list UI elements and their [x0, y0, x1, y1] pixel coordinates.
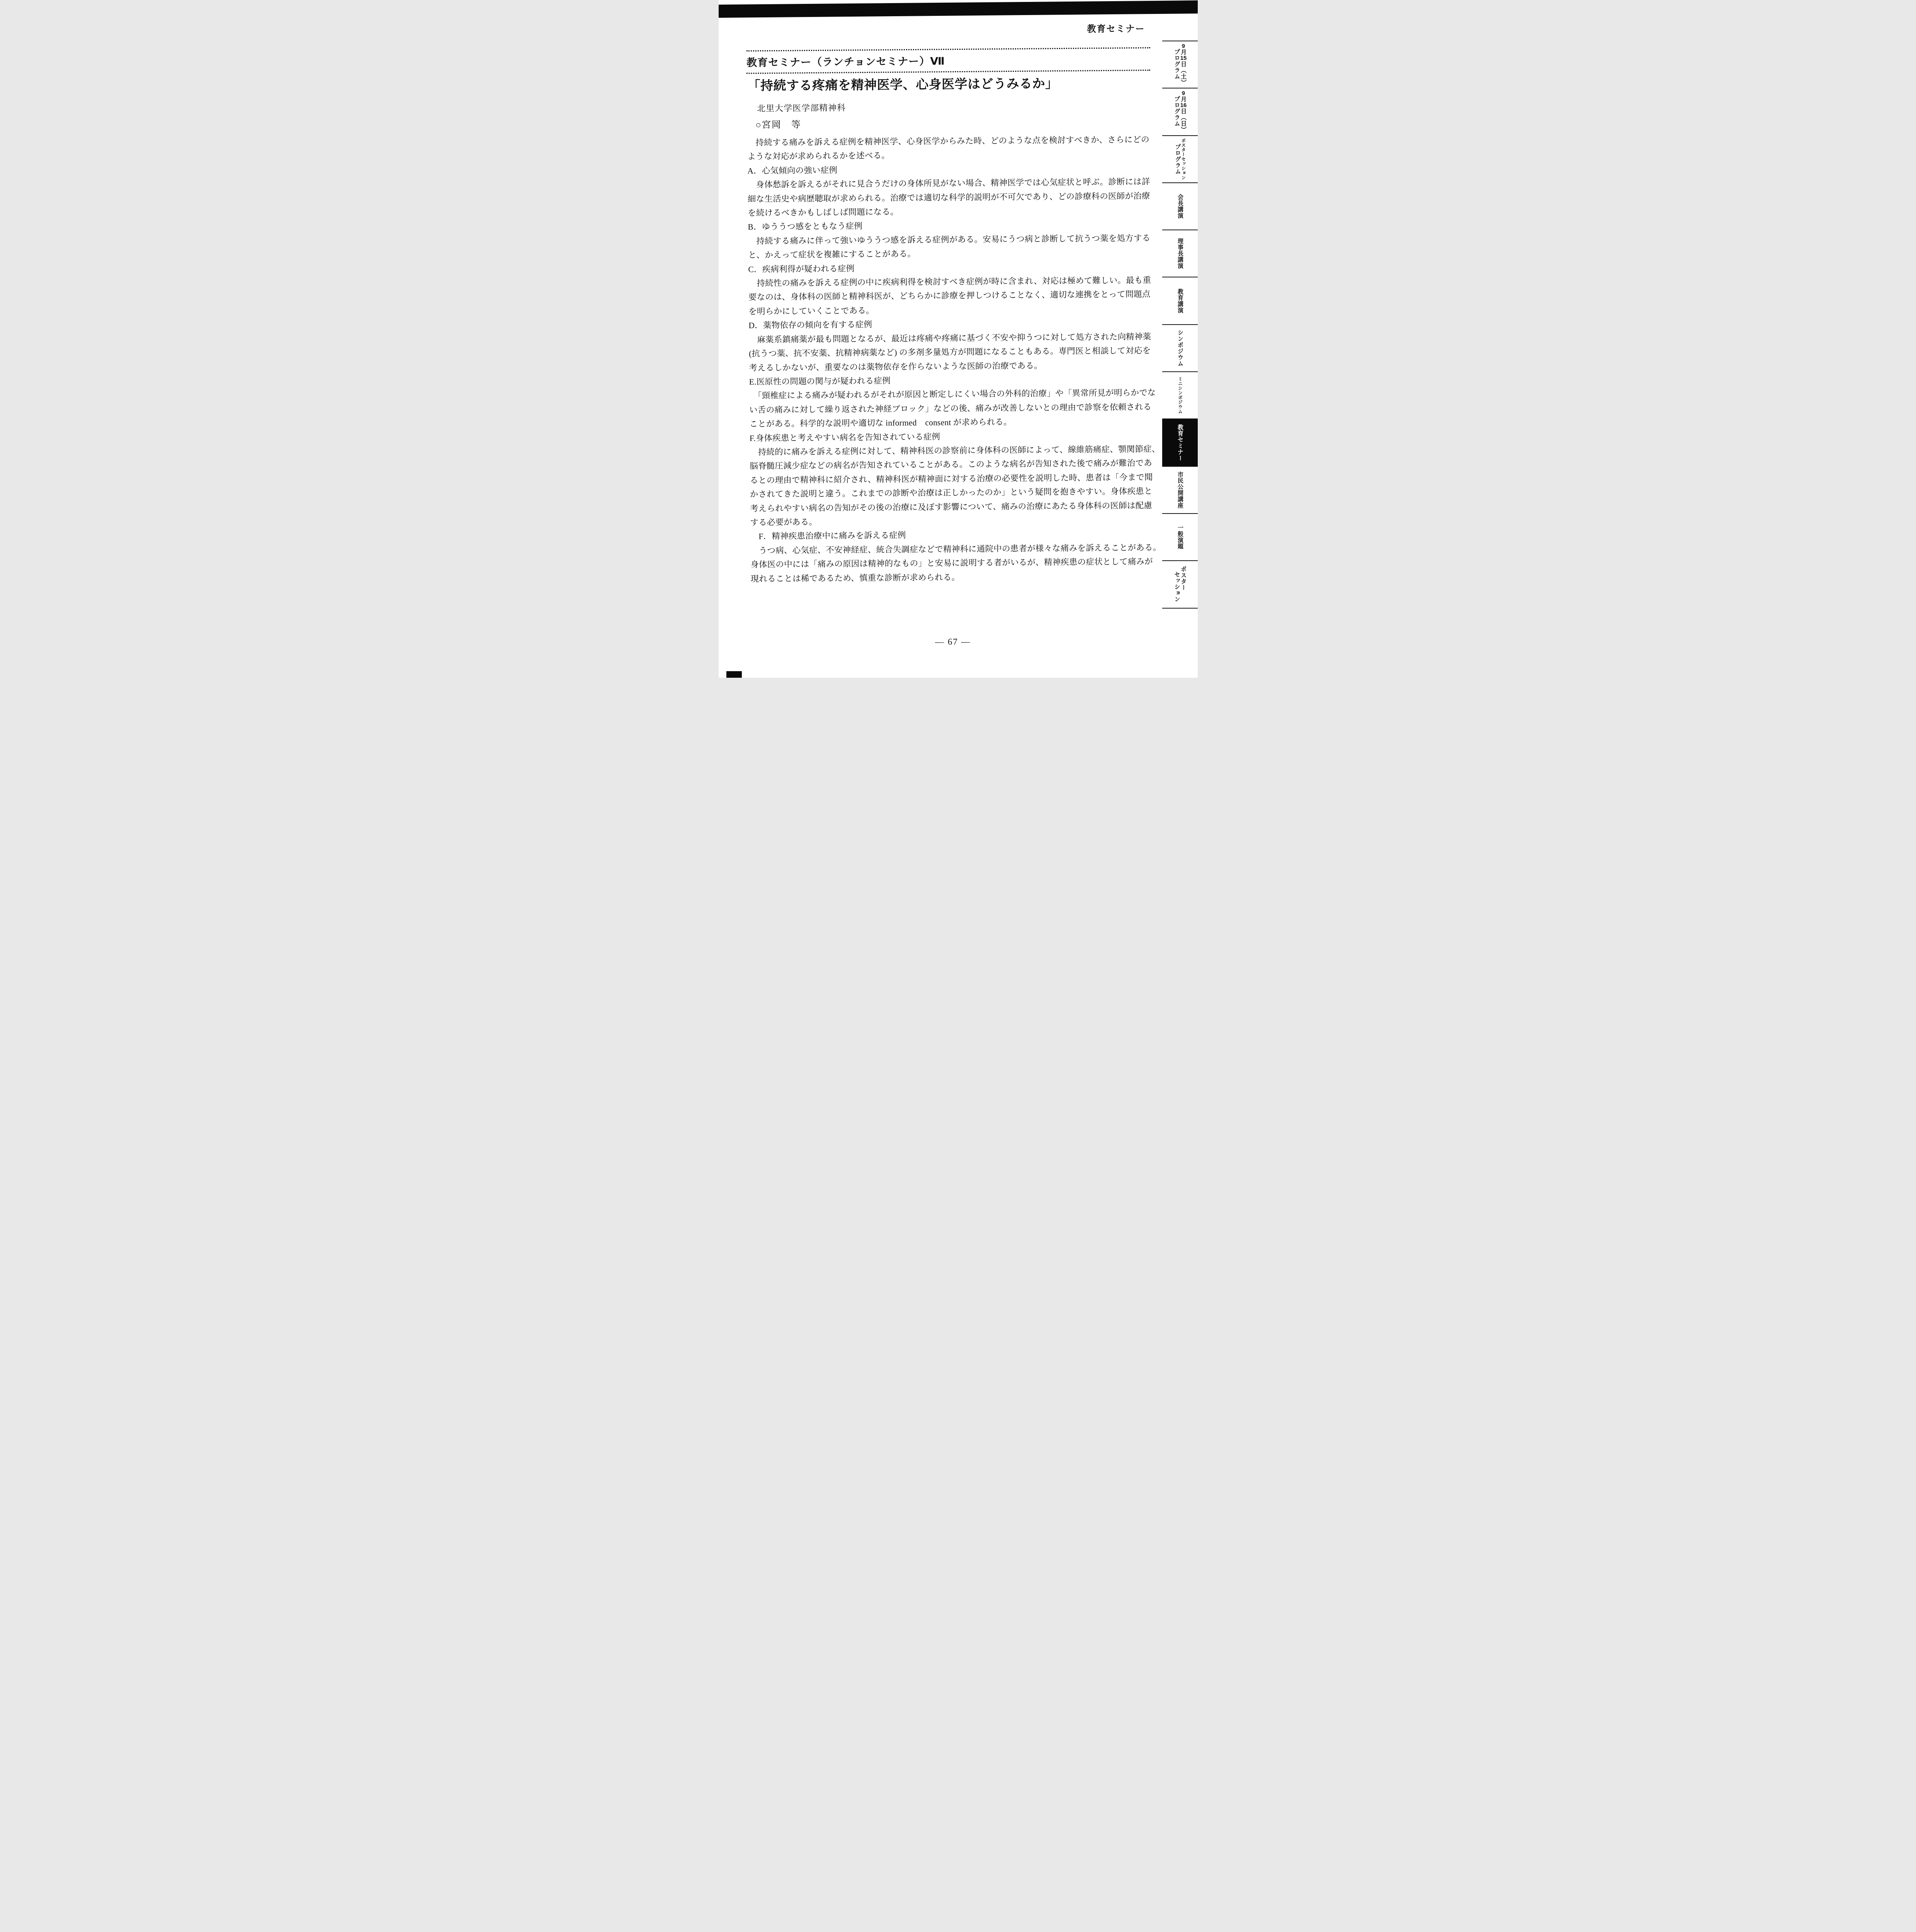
sidebar-tab-label-column: ポスター [1180, 566, 1187, 602]
sidebar-thumb-index: 9月15日（土）プログラム9月16日（日）プログラムポスターセッションプログラム… [1162, 41, 1198, 609]
abstract-content: 教育セミナー（ランチョンセミナー）Ⅶ 「持続する疼痛を精神医学、心身医学はどうみ… [746, 0, 1155, 678]
sidebar-tab-10: 市民公開講座 [1162, 467, 1198, 514]
sidebar-tab-label: 会長講演 [1176, 194, 1183, 219]
scanned-abstract-page: 教育セミナー 教育セミナー（ランチョンセミナー）Ⅶ 「持続する疼痛を精神医学、心… [719, 0, 1198, 678]
sidebar-tab-label-column: 市民公開講座 [1176, 471, 1183, 509]
presenter-affiliation: 北里大学医学部精神科 [757, 101, 846, 114]
abstract-line-32: 現れることは稀であるため、慎重な診断が求められる。 [750, 569, 1154, 586]
sidebar-tab-label-column: 9月15日（土） [1180, 43, 1187, 86]
sidebar-tab-label-column: セッション [1173, 571, 1180, 602]
abstract-body: 持続する痛みを訴える症例を精神医学、心身医学からみた時、どのような点を検討すべき… [747, 133, 1154, 586]
presenter-name: ○宮岡 等 [755, 117, 801, 131]
session-category-heading: 教育セミナー（ランチョンセミナー）Ⅶ [746, 47, 1150, 74]
sidebar-tab-label: 9月16日（日）プログラム [1173, 90, 1187, 133]
sidebar-tab-11: 一般演題 [1162, 514, 1198, 561]
sidebar-tab-6: 教育講演 [1162, 277, 1198, 325]
sidebar-tab-label-column: ミニシンポジウム [1177, 377, 1182, 414]
sidebar-tab-3: ポスターセッションプログラム [1162, 136, 1198, 183]
sidebar-tab-7: シンポジウム [1162, 325, 1198, 372]
sidebar-tab-label: ポスターセッションプログラム [1174, 138, 1186, 180]
sidebar-tab-label-column: プログラム [1174, 144, 1181, 180]
sidebar-tab-1: 9月15日（土）プログラム [1162, 41, 1198, 88]
session-title: 「持続する疼痛を精神医学、心身医学はどうみるか」 [747, 73, 1151, 94]
sidebar-tab-label: 市民公開講座 [1176, 471, 1183, 509]
sidebar-tab-label-column: 一般演題 [1176, 525, 1183, 549]
page-number: ― 67 ― [751, 635, 1154, 648]
tate-chu-yoko-number: 9 [1180, 90, 1187, 96]
sidebar-tab-label-column: 教育セミナー [1176, 424, 1183, 461]
sidebar-tab-label-column: シンポジウム [1176, 330, 1183, 367]
sidebar-tab-label: 教育講演 [1176, 289, 1183, 313]
sidebar-tab-12: ポスターセッション [1162, 561, 1198, 608]
tate-chu-yoko-number: 9 [1180, 43, 1187, 49]
sidebar-tab-2: 9月16日（日）プログラム [1162, 88, 1198, 136]
sidebar-tab-label-column: プログラム [1173, 96, 1180, 133]
sidebar-tab-8: ミニシンポジウム [1162, 372, 1198, 419]
sidebar-tab-5: 理事長講演 [1162, 230, 1198, 277]
sidebar-tab-label: 一般演題 [1176, 525, 1183, 549]
sidebar-tab-label-column: 教育講演 [1176, 289, 1183, 313]
sidebar-tab-label: 9月15日（土）プログラム [1173, 43, 1187, 86]
sidebar-tab-label-column: 理事長講演 [1176, 238, 1183, 269]
sidebar-tab-label: 教育セミナー [1176, 424, 1183, 461]
sidebar-tab-label: シンポジウム [1176, 330, 1183, 367]
tate-chu-yoko-number: 15 [1180, 55, 1187, 61]
scan-corner-mark [726, 671, 742, 678]
sidebar-tab-label-column: ポスターセッション [1180, 138, 1185, 180]
sidebar-tab-label: ポスターセッション [1173, 566, 1187, 602]
sidebar-tab-label-column: 9月16日（日） [1180, 90, 1187, 133]
sidebar-tab-9: 教育セミナー [1162, 419, 1198, 466]
tate-chu-yoko-number: 16 [1180, 102, 1187, 108]
sidebar-tab-label: 理事長講演 [1176, 238, 1183, 269]
sidebar-tab-label: ミニシンポジウム [1177, 377, 1182, 414]
sidebar-tab-label-column: プログラム [1173, 49, 1180, 86]
sidebar-tab-label-column: 会長講演 [1176, 194, 1183, 219]
sidebar-tab-4: 会長講演 [1162, 183, 1198, 230]
